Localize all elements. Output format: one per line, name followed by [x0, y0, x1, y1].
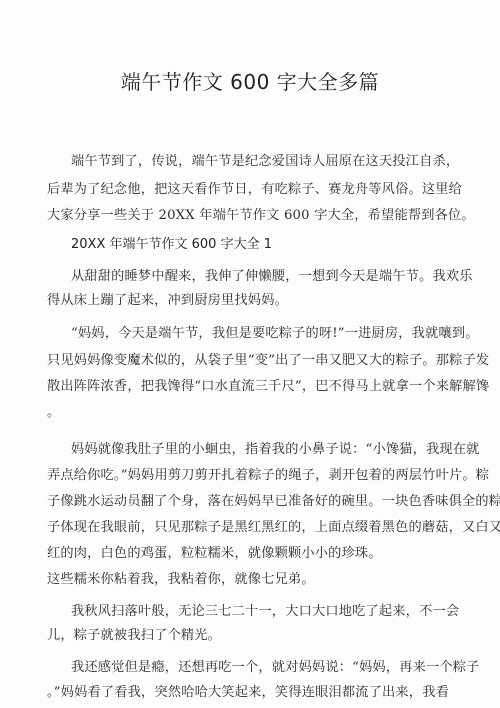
paragraph-line: 儿，粽子就被我扫了个精光。	[47, 624, 221, 643]
paragraph-line: 我秋风扫落叶般，无论三七二十一，大口大口地吃了起来，不一会	[71, 600, 459, 619]
paragraph-line: 。	[47, 401, 60, 420]
paragraph-line: 只见妈妈像变魔术似的，从袋子里“变”出了一串又肥又大的粽子。那粽子发	[47, 349, 489, 368]
paragraph-line: 红的肉，白色的鸡蛋，粒粒糯米，就像颗颗小小的珍珠。	[47, 542, 382, 561]
paragraph-line: 弄点给你吃。”妈妈用剪刀剪开扎着粽子的绳子，剥开包着的两层竹叶片。粽	[47, 464, 489, 483]
paragraph-line: 这些糯米你粘着我，我粘着你，就像七兄弟。	[47, 568, 315, 587]
intro-line: 端午节到了，传说，端午节是纪念爱国诗人屈原在这天投江自杀，	[71, 150, 459, 169]
paragraph-line: 从甜甜的睡梦中醒来，我伸了伸懒腰，一想到今天是端午节。我欢乐	[71, 265, 473, 284]
paragraph-line: 得从床上蹦了起来，冲到厨房里找妈妈。	[47, 289, 288, 308]
document-title: 端午节作文 600 字大全多篇	[0, 66, 500, 95]
paragraph-line: 。”妈妈看了看我，突然哈哈大笑起来，笑得连眼泪都流了出来，我看	[47, 681, 449, 700]
intro-line: 后辈为了纪念他，把这天看作节日，有吃粽子、赛龙舟等风俗。这里给	[47, 178, 462, 197]
intro-line: 大家分享一些关于 20XX 年端午节作文 600 字大全，希望能帮到各位。	[47, 204, 475, 223]
section-heading: 20XX 年端午节作文 600 字大全 1	[71, 233, 272, 252]
paragraph-line: 妈妈就像我肚子里的小蛔虫，指着我的小鼻子说：“小馋猫，我现在就	[71, 438, 480, 457]
paragraph-line: 子像跳水运动员翻了个身，落在妈妈早已准备好的碗里。一块色香味俱全的粽	[47, 490, 500, 509]
paragraph-line: 我还感觉但是瘾，还想再吃一个，就对妈妈说：“妈妈，再来一个粽子	[71, 656, 480, 675]
document-page: 端午节作文 600 字大全多篇 端午节到了，传说，端午节是纪念爱国诗人屈原在这天…	[0, 0, 500, 708]
paragraph-line: 子体现在我眼前，只见那粽子是黑红黑红的，上面点缀着黑色的蘑菇，又白又	[47, 516, 500, 535]
paragraph-line: 散出阵阵浓香，把我馋得“口水直流三千尺”，巴不得马上就拿一个来解解馋	[47, 375, 489, 394]
paragraph-line: “妈妈，今天是端午节，我但是要吃粽子的呀!”一进厨房，我就嚷到。	[71, 322, 479, 341]
